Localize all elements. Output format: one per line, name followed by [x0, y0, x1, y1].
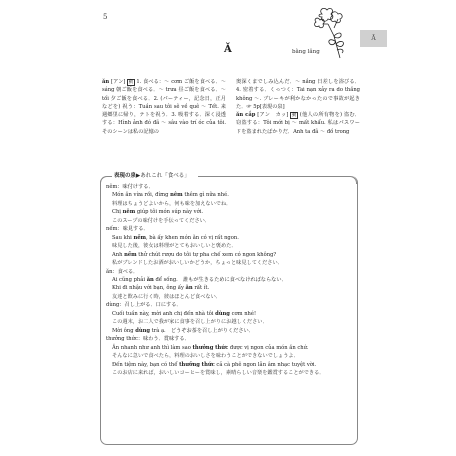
- highlighted-term: thưởng thức: [179, 362, 215, 368]
- right-column: 奥深くまでしみ込んだ．～ nắng 日差しを浴びる．4. 密着する．くっつく：T…: [236, 78, 360, 136]
- definition: (他人の所有物を) 盗む．窃盗する：Tôi mới bị ～ mất khẩu.…: [236, 112, 360, 135]
- page-number: 5: [103, 13, 107, 21]
- highlighted-term: nêm: [170, 192, 183, 198]
- box-entry-term: thưởng thức：味わう．賞味する．: [106, 335, 352, 343]
- example-vietnamese: Ăn nhanh như anh thì làm sao thưởng thức…: [106, 344, 352, 352]
- index-tab-label: Ă: [371, 35, 375, 42]
- entry-an: ăn [アン] 動 1. 食べる：～ cơm ご飯を食べる．～ sáng 朝ご飯…: [102, 78, 226, 136]
- definition: 1. 食べる：～ cơm ご飯を食べる．～ sáng 朝ご飯を食べる．～ trư…: [102, 79, 226, 135]
- box-entry-term: dùng：召し上がる．口にする．: [106, 301, 352, 309]
- highlighted-term: thưởng thức: [193, 345, 229, 351]
- example-vietnamese: Đến tiệm này, bạn có thể thưởng thức cả …: [106, 361, 352, 369]
- highlighted-term: ăn: [147, 277, 154, 283]
- example-japanese: このお店に来れば，おいしいコーヒーを賞味し，素晴らしい音楽を鑑賞することができる…: [106, 369, 352, 377]
- box-title-bold: 表現の泉: [114, 173, 136, 179]
- example-japanese: そんなに急いで食べたら，料理のおいしさを味わうことができないでしょうよ．: [106, 352, 352, 360]
- example-vietnamese: Món ăn vừa rồi, đừng nêm thêm gì nữa nhé…: [106, 191, 352, 199]
- pos-badge: 動: [290, 112, 298, 119]
- entry-an-continued: 奥深くまでしみ込んだ．～ nắng 日差しを浴びる．4. 密着する．くっつく：T…: [236, 78, 360, 111]
- reading: [アン カッ]: [257, 112, 288, 118]
- highlighted-term: dùng: [215, 311, 230, 317]
- index-tab[interactable]: Ă: [360, 30, 387, 47]
- example-japanese: このスープの味付けを手伝ってください．: [106, 217, 352, 225]
- headword: ăn: [102, 79, 109, 85]
- headword: ăn cắp: [236, 112, 255, 118]
- example-japanese: 私がブレンドしたお酒がおいしいかどうか，ちょっと味見してください．: [106, 259, 352, 267]
- highlighted-term: nêm: [123, 209, 136, 215]
- example-vietnamese: Cuối tuần này, mời anh chị đến nhà tôi d…: [106, 310, 352, 318]
- example-vietnamese: Ai cũng phải ăn để sống. 誰もが生きるために食べなければ…: [106, 276, 352, 284]
- example-vietnamese: Anh nếm thử chút rượu do tôi tự pha chế …: [106, 251, 352, 259]
- highlighted-term: ăn: [186, 285, 193, 291]
- highlighted-term: dùng: [135, 328, 150, 334]
- box-entry-term: nêm：味付けする．: [106, 183, 352, 191]
- illustration-caption: bằng lăng: [292, 49, 320, 55]
- example-vietnamese: Khi đi nhậu với bạn, ông ấy ăn rất ít.: [106, 284, 352, 292]
- reading: [アン]: [111, 79, 126, 85]
- example-japanese: 味見した後，彼女は料理がとてもおいしいと褒めた．: [106, 242, 352, 250]
- highlighted-term: nếm: [133, 235, 146, 241]
- left-column: ăn [アン] 動 1. 食べる：～ cơm ご飯を食べる．～ sáng 朝ご飯…: [102, 78, 226, 136]
- example-japanese: この週末，お二人で我が家に食事を召し上がりにお越しください．: [106, 318, 352, 326]
- box-title-rest: あれこれ「食べる」: [140, 173, 190, 179]
- example-vietnamese: Mời ông dùng trà ạ. どうぞお茶を召し上がりください．: [106, 327, 352, 335]
- pos-badge: 動: [127, 79, 135, 86]
- example-vietnamese: Sau khi nếm, bà ấy khen món ăn có vị rất…: [106, 234, 352, 242]
- highlighted-term: nếm: [124, 252, 137, 258]
- dictionary-columns: ăn [アン] 動 1. 食べる：～ cơm ご飯を食べる．～ sáng 朝ご飯…: [102, 78, 360, 136]
- entry-an-cap: ăn cắp [アン カッ] 動 (他人の所有物を) 盗む．窃盗する：Tôi m…: [236, 111, 360, 136]
- box-entry-term: nếm：味見する．: [106, 225, 352, 233]
- box-title: 表現の泉▶あれこれ「食べる」: [112, 171, 192, 179]
- example-japanese: 友達と飲みに行く時，彼はほとんど食べない．: [106, 293, 352, 301]
- box-entry-term: ăn：食べる．: [106, 268, 352, 276]
- box-body: nêm：味付けする．Món ăn vừa rồi, đừng nêm thêm …: [106, 183, 352, 377]
- example-japanese: 料理はちょうどよいから，何も味を加えないでね．: [106, 200, 352, 208]
- section-letter: Ă: [224, 44, 232, 55]
- example-vietnamese: Chị nêm giúp tôi món súp này với.: [106, 208, 352, 216]
